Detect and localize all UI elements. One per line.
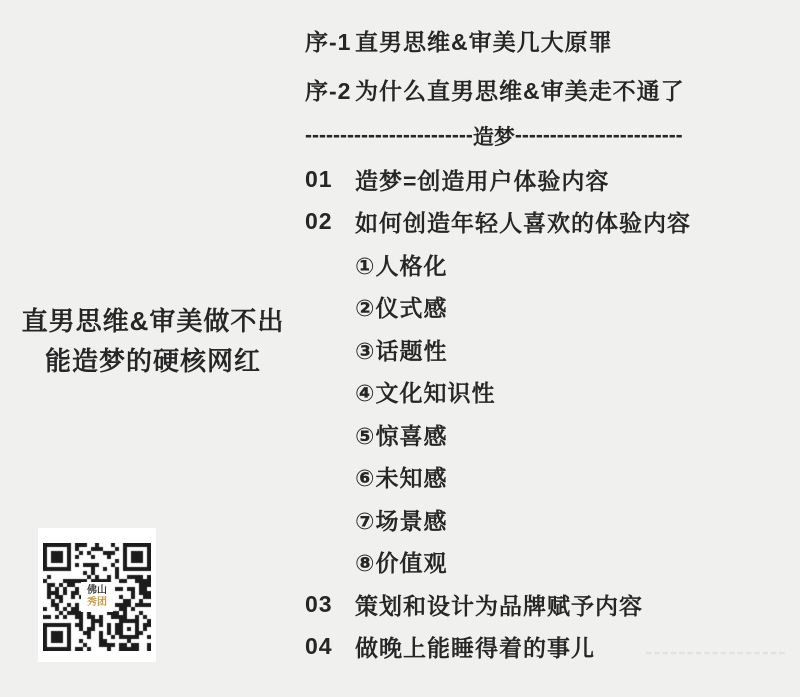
sub-item-label: ⑧价值观 xyxy=(355,545,447,578)
item-label: 策划和设计为品牌赋予内容 xyxy=(355,588,643,621)
qr-logo-text-top: 佛山 xyxy=(87,585,107,597)
sub-list-item: ④文化知识性 xyxy=(305,371,787,414)
divider-label: 造梦 xyxy=(473,121,515,151)
list-item: 序-2 为什么直男思维&审美走不通了 xyxy=(305,65,787,114)
item-label: 直男思维&审美几大原罪 xyxy=(355,24,613,57)
list-item: 序-1 直男思维&审美几大原罪 xyxy=(305,16,787,65)
sub-item-label: ⑦场景感 xyxy=(355,503,447,536)
item-number: 03 xyxy=(305,591,355,618)
item-number: 01 xyxy=(305,166,355,193)
divider-dashes-left: ------------------------ xyxy=(305,124,473,148)
outline-list: 序-1 直男思维&审美几大原罪 序-2 为什么直男思维&审美走不通了 -----… xyxy=(305,16,787,668)
item-number: 序-1 xyxy=(305,24,355,57)
sub-list-item: ③话题性 xyxy=(305,328,787,371)
sub-item-label: ①人格化 xyxy=(355,248,447,281)
sub-item-label: ②仪式感 xyxy=(355,290,447,323)
item-label: 如何创造年轻人喜欢的体验内容 xyxy=(355,205,691,238)
qr-logo-text-bottom: 秀团 xyxy=(87,597,107,609)
faint-dash-remnant: ----------------- xyxy=(645,639,787,665)
qr-center-logo: 佛山 秀团 xyxy=(81,582,113,612)
sub-item-label: ③话题性 xyxy=(355,333,447,366)
page: 直男思维&审美做不出 能造梦的硬核网红 序-1 直男思维&审美几大原罪 序-2 … xyxy=(0,0,800,697)
sub-list-item: ①人格化 xyxy=(305,243,787,286)
sub-list-item: ⑥未知感 xyxy=(305,456,787,499)
left-caption-line2: 能造梦的硬核网红 xyxy=(12,341,294,381)
sub-item-label: ⑥未知感 xyxy=(355,460,447,493)
item-number: 序-2 xyxy=(305,73,355,106)
item-label: 为什么直男思维&审美走不通了 xyxy=(355,73,685,106)
sub-list-item: ⑤惊喜感 xyxy=(305,413,787,456)
item-label: 做晚上能睡得着的事儿 xyxy=(355,630,595,663)
list-item: 01 造梦=创造用户体验内容 xyxy=(305,158,787,201)
item-number: 02 xyxy=(305,208,355,235)
section-divider: ------------------------ 造梦 ------------… xyxy=(305,114,787,158)
list-item: 02 如何创造年轻人喜欢的体验内容 xyxy=(305,201,787,244)
qr-code: 佛山 秀团 xyxy=(38,528,156,662)
divider-dashes-right: ------------------------ xyxy=(515,124,683,148)
item-label: 造梦=创造用户体验内容 xyxy=(355,163,609,196)
item-number: 04 xyxy=(305,633,355,660)
list-item: 03 策划和设计为品牌赋予内容 xyxy=(305,583,787,626)
sub-list-item: ②仪式感 xyxy=(305,286,787,329)
sub-item-label: ⑤惊喜感 xyxy=(355,418,447,451)
left-caption-line1: 直男思维&审美做不出 xyxy=(12,301,294,341)
sub-list-item: ⑦场景感 xyxy=(305,498,787,541)
sub-item-label: ④文化知识性 xyxy=(355,375,495,408)
sub-list-item: ⑧价值观 xyxy=(305,541,787,584)
left-caption: 直男思维&审美做不出 能造梦的硬核网红 xyxy=(12,301,294,381)
